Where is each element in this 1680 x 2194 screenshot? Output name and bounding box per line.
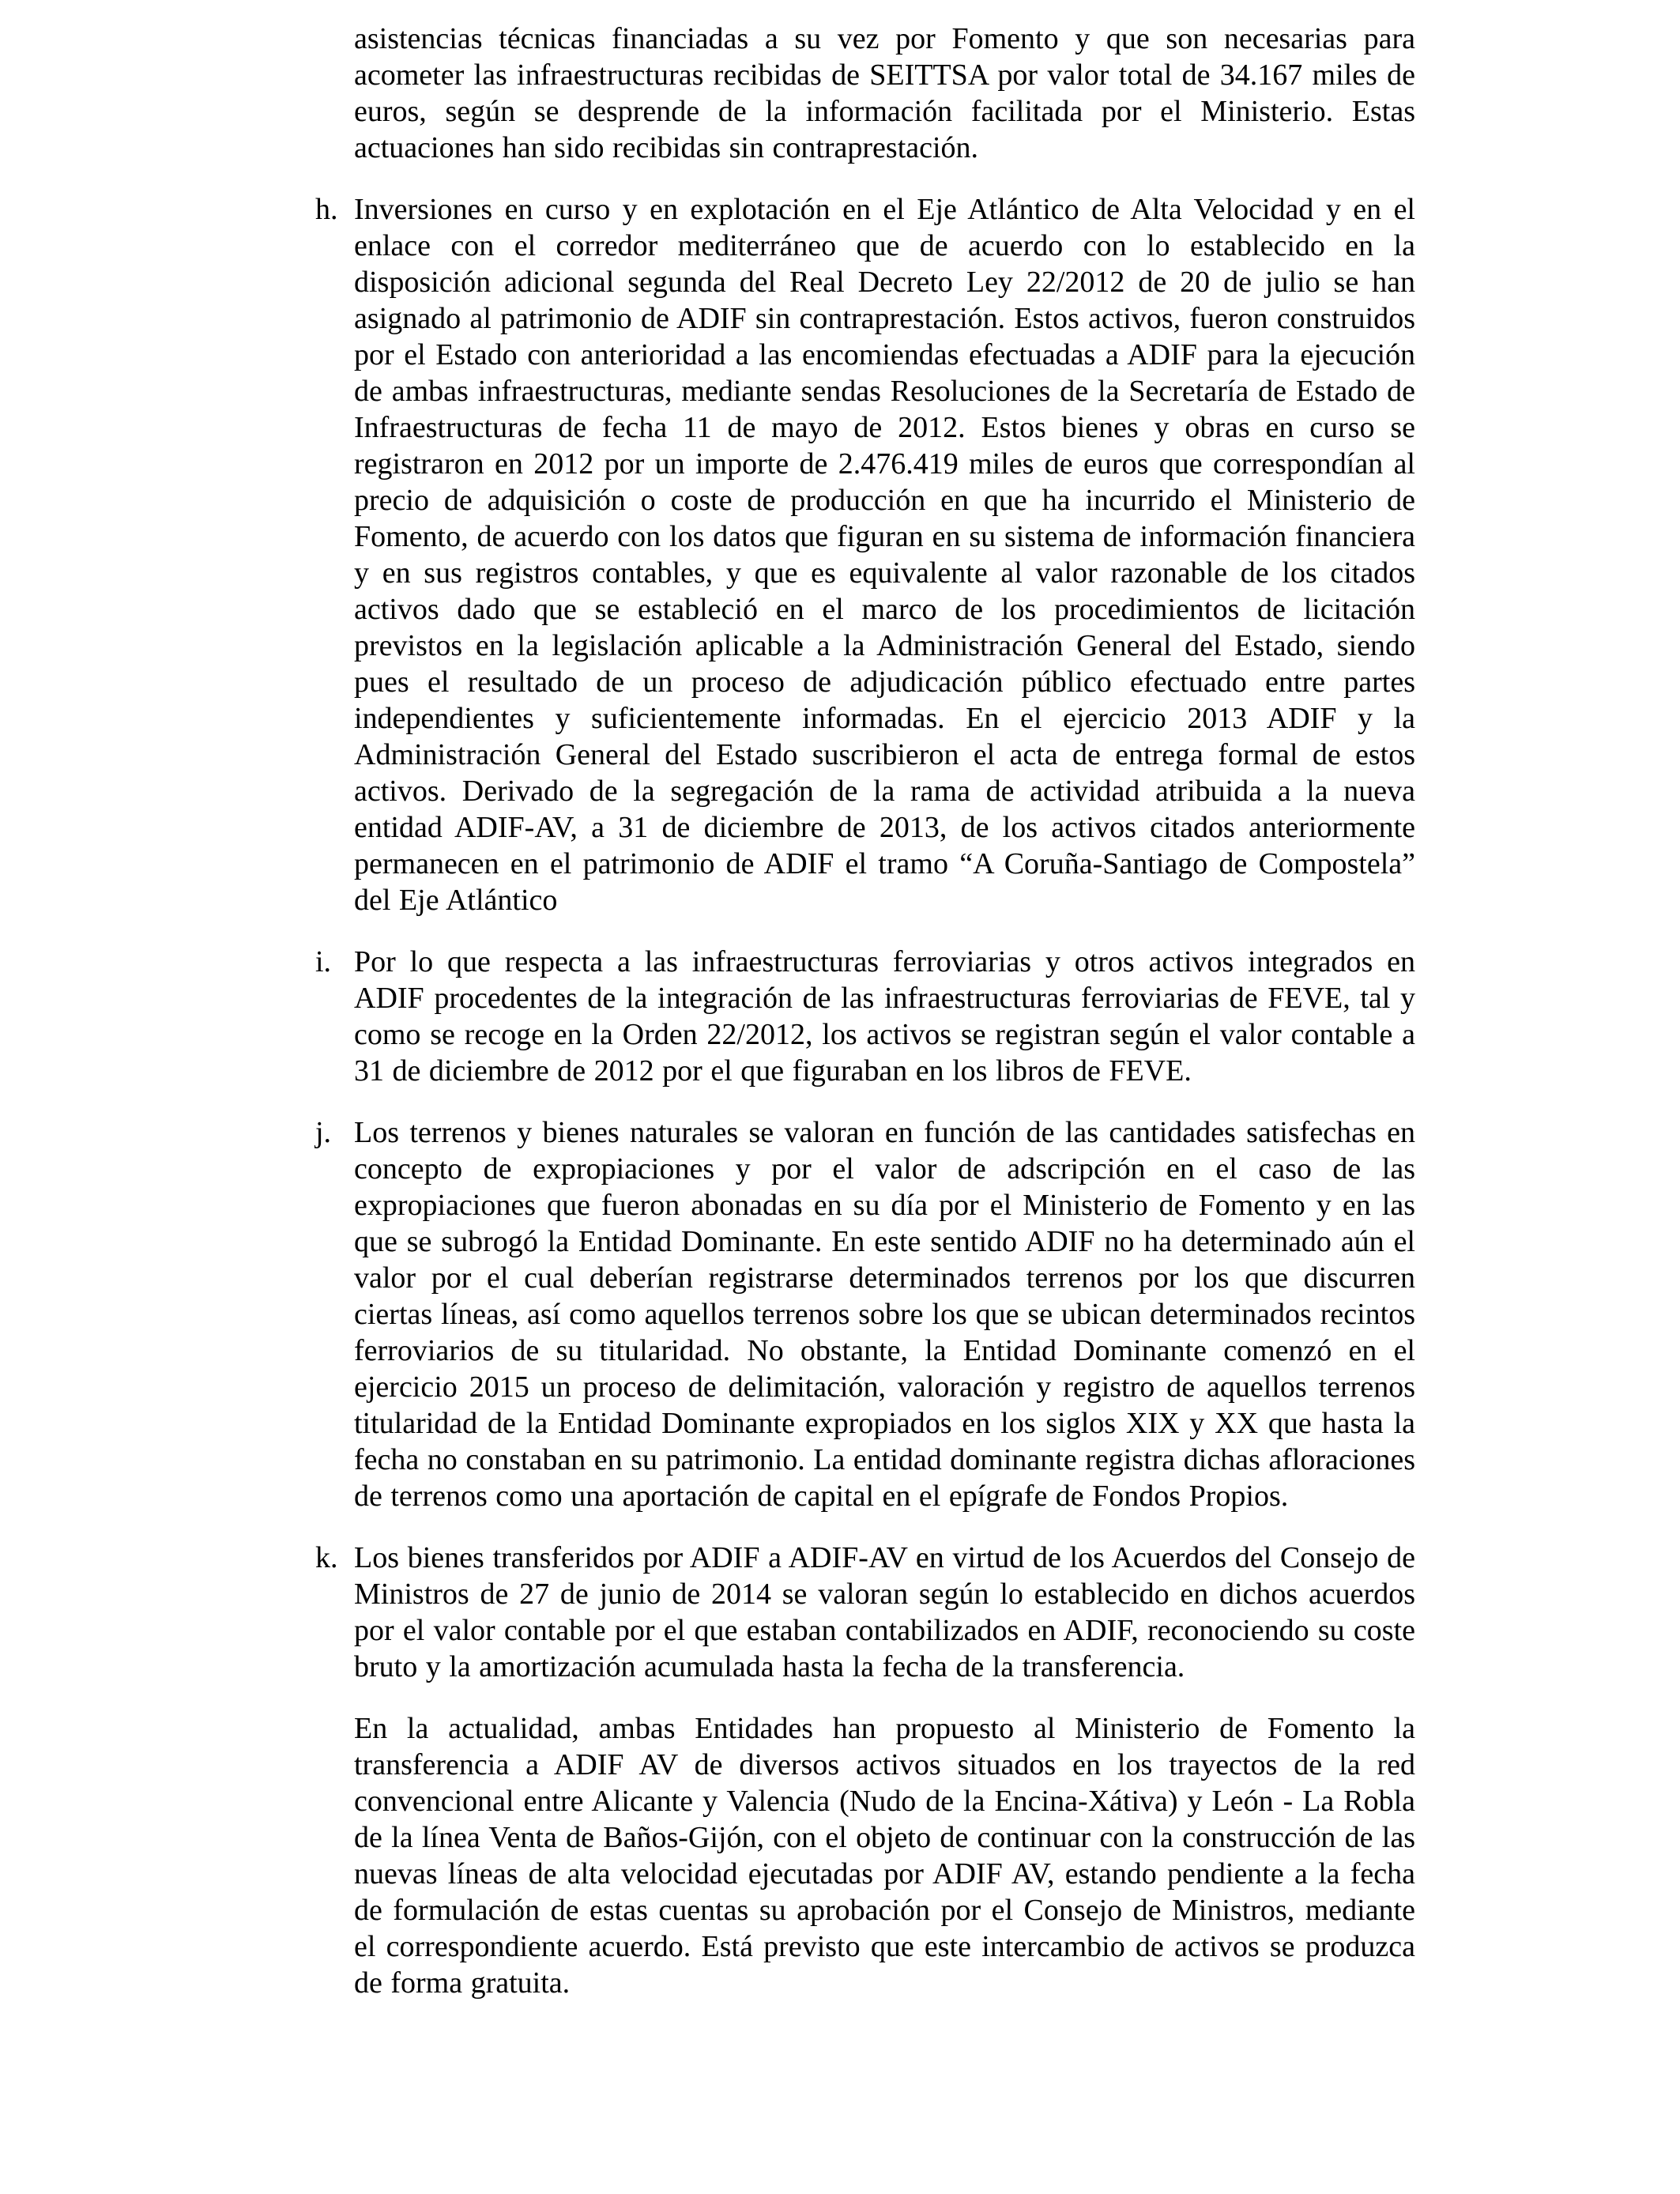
list-item-k-marker: k.	[315, 1540, 338, 1576]
document-page: asistencias técnicas financiadas a su ve…	[0, 0, 1680, 2194]
list-item-i-text: Por lo que respecta a las infraestructur…	[354, 945, 1415, 1088]
list-item-i: i.Por lo que respecta a las infraestruct…	[354, 944, 1415, 1089]
list-item-j-marker: j.	[315, 1114, 331, 1151]
list-item-k: k.Los bienes transferidos por ADIF a ADI…	[354, 1540, 1415, 1685]
list-item-i-marker: i.	[315, 944, 331, 980]
page-content: asistencias técnicas financiadas a su ve…	[315, 21, 1415, 2001]
list-item-h-marker: h.	[315, 191, 338, 228]
list-item-h: h.Inversiones en curso y en explotación …	[354, 191, 1415, 918]
list-item-j-text: Los terrenos y bienes naturales se valor…	[354, 1116, 1415, 1513]
paragraph-closing: En la actualidad, ambas Entidades han pr…	[354, 1710, 1415, 2001]
list-item-j: j.Los terrenos y bienes naturales se val…	[354, 1114, 1415, 1514]
list-item-k-text: Los bienes transferidos por ADIF a ADIF-…	[354, 1541, 1415, 1683]
paragraph-continuation: asistencias técnicas financiadas a su ve…	[354, 21, 1415, 166]
list-item-h-text: Inversiones en curso y en explotación en…	[354, 193, 1415, 917]
